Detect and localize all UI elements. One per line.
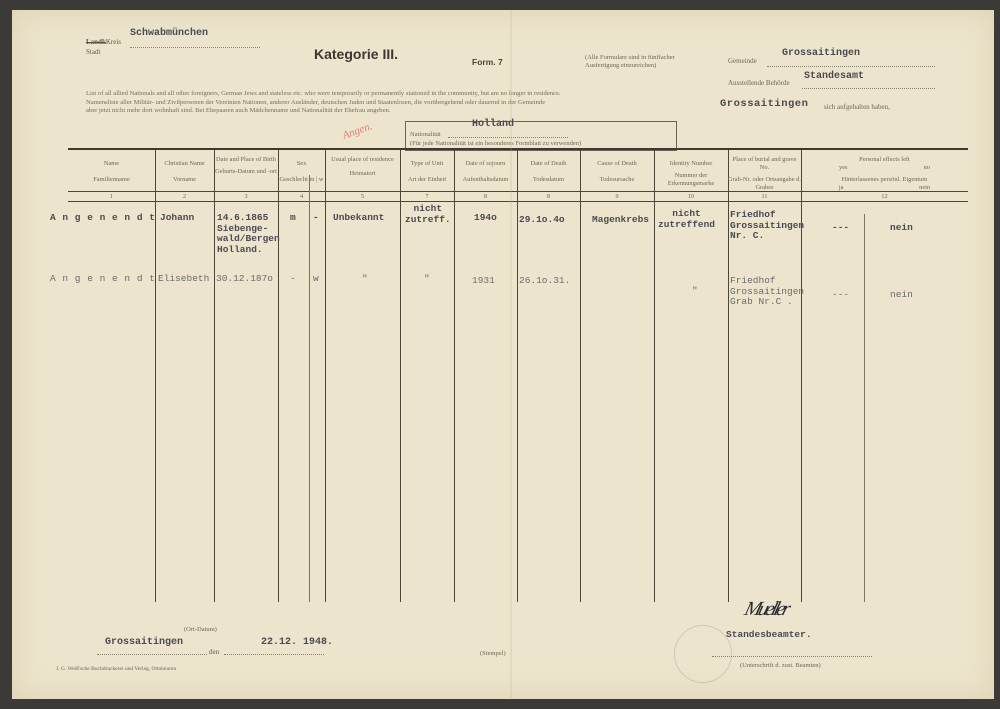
col-header: Cause of DeathTodesursache bbox=[580, 160, 654, 184]
col-number: 8 bbox=[517, 193, 580, 200]
col-divider-sex bbox=[309, 175, 310, 602]
nationality-box: Holland Nationalität (Für jede Nationali… bbox=[405, 121, 677, 151]
col-number: 4 bbox=[278, 193, 325, 200]
col-divider bbox=[654, 150, 655, 602]
signature: Mueller bbox=[742, 598, 790, 621]
behoerde-value: Standesamt bbox=[804, 71, 864, 82]
cell-first-name: Johann bbox=[160, 213, 194, 224]
nationality-value: Holland bbox=[472, 119, 514, 130]
col-number: 8 bbox=[454, 193, 517, 200]
stempel-label: (Stempel) bbox=[480, 650, 506, 657]
cell-effects-yes: --- bbox=[832, 290, 849, 301]
intro-text: List of all allied Nationals and all oth… bbox=[86, 90, 706, 116]
cell-burial: Friedhof Grossaitingen Nr. C. bbox=[730, 210, 804, 242]
signature-line bbox=[712, 656, 872, 657]
col-header: Christian NameVorname bbox=[155, 160, 214, 184]
col-header: Type of UnitArt der Einheit bbox=[400, 160, 454, 184]
col-header: Identity NumberNummer der Erkennungsmark… bbox=[654, 160, 728, 188]
col-number: 9 bbox=[580, 193, 654, 200]
publisher-imprint: J. G. Weiß'sche Buchdruckerei und Verlag… bbox=[56, 666, 176, 672]
den-label: den bbox=[209, 648, 219, 656]
col-header: Usual place of residenceHeimatort bbox=[325, 156, 400, 178]
table-top-border bbox=[68, 148, 968, 150]
col-divider-effects bbox=[864, 214, 865, 602]
cell-sojourn: 194o bbox=[474, 213, 497, 224]
cell-unit-type: nicht zutreff. bbox=[405, 204, 451, 225]
col-divider bbox=[214, 150, 215, 602]
cell-birth: 14.6.1865 Siebenge- wald/Bergen Holland. bbox=[217, 213, 280, 255]
col-divider bbox=[580, 150, 581, 602]
form-note: (Alle Formulare sind in fünffacher Ausfe… bbox=[585, 54, 685, 69]
cell-sex-m: m bbox=[290, 213, 296, 224]
gemeinde-line bbox=[767, 66, 935, 67]
form-number: Form. 7 bbox=[472, 57, 503, 67]
col-number: 5 bbox=[325, 193, 400, 200]
cell-birth: 30.12.187o bbox=[216, 274, 273, 285]
col-divider bbox=[728, 150, 729, 602]
cell-sojourn: 1931 bbox=[472, 276, 495, 287]
col-divider bbox=[325, 150, 326, 602]
col-number: 2 bbox=[155, 193, 214, 200]
cell-sex-w: w bbox=[313, 274, 319, 285]
col-header-effects: Personal effects left yesno Hinterlassen… bbox=[801, 156, 968, 192]
col-header: Date of DeathTodesdatum bbox=[517, 160, 580, 184]
gemeinde-label: Gemeinde bbox=[728, 57, 757, 65]
col-number: 3 bbox=[214, 193, 278, 200]
place-value: Grossaitingen bbox=[105, 637, 183, 648]
place-date-label: (Ort-Datum) bbox=[184, 626, 217, 633]
col-header: SexGeschlecht m | w bbox=[278, 160, 325, 184]
col-number: 11 bbox=[728, 193, 801, 200]
cell-first-name: Elisebeth bbox=[158, 274, 209, 285]
intro-place: Grossaitingen bbox=[720, 98, 808, 110]
col-divider bbox=[454, 150, 455, 602]
intro-suffix: sich aufgehalten haben, bbox=[824, 103, 890, 111]
nationality-label: Nationalität bbox=[410, 131, 441, 138]
col-header: Place of burial and grave No.Grab-Nr. od… bbox=[728, 156, 801, 192]
stadt-label: Stadt bbox=[86, 48, 100, 56]
col-header: Date and Place of BirthGeburts-Datum und… bbox=[214, 156, 278, 176]
kreis-line bbox=[130, 47, 260, 48]
cell-effects-no: nein bbox=[890, 290, 913, 301]
place-line bbox=[97, 654, 207, 655]
cell-surname: A n g e n e n d t bbox=[50, 274, 155, 285]
signature-caption: (Unterschrift d. zust. Beamten) bbox=[740, 662, 821, 669]
gemeinde-value: Grossaitingen bbox=[782, 48, 860, 59]
cell-residence: Unbekannt bbox=[333, 213, 384, 224]
date-line bbox=[224, 654, 324, 655]
col-header: Date of sojournAufenthaltsdatum bbox=[454, 160, 517, 184]
nationality-line bbox=[448, 137, 568, 138]
nationality-note: (Für jede Nationalität ist ein besondere… bbox=[410, 140, 581, 147]
col-divider bbox=[517, 150, 518, 602]
cell-sex-m: - bbox=[290, 274, 296, 285]
cell-cause: Magenkrebs bbox=[592, 215, 649, 226]
col-number: 7 bbox=[400, 193, 454, 200]
cell-identity: nicht zutreffend bbox=[658, 209, 715, 230]
date-value: 22.12. 1948. bbox=[261, 637, 333, 648]
behoerde-line bbox=[802, 88, 935, 89]
cell-effects-no: nein bbox=[890, 223, 913, 234]
cell-effects-yes: --- bbox=[832, 223, 849, 234]
cell-sex-w: - bbox=[313, 213, 319, 224]
cell-identity: " bbox=[692, 286, 698, 297]
cell-burial: Friedhof Grossaitingen Grab Nr.C . bbox=[730, 276, 804, 308]
col-number: 1 bbox=[68, 193, 155, 200]
col-header: NameFamilienname bbox=[68, 160, 155, 184]
document-page: Schwabmünchen LandkKreis Stadt Kategorie… bbox=[12, 10, 994, 699]
kreis-value: Schwabmünchen bbox=[130, 28, 208, 39]
col-number: 10 bbox=[654, 193, 728, 200]
col-number: 12 bbox=[801, 193, 968, 200]
cell-unit-type: " bbox=[424, 274, 430, 285]
red-handwritten-mark: Angen. bbox=[341, 120, 374, 142]
page-title: Kategorie III. bbox=[314, 46, 398, 62]
col-divider bbox=[400, 150, 401, 602]
official-seal bbox=[674, 625, 732, 683]
signer-title: Standesbeamter. bbox=[726, 629, 812, 640]
cell-death-date: 29.1o.4o bbox=[519, 215, 565, 226]
behoerde-label: Ausstellende Behörde bbox=[728, 79, 790, 87]
cell-surname: A n g e n e n d t bbox=[50, 213, 155, 224]
table-header-bottom bbox=[68, 201, 968, 202]
kreis-label: LandkKreis bbox=[86, 38, 121, 46]
cell-residence: " bbox=[362, 274, 368, 285]
cell-death-date: 26.1o.31. bbox=[519, 276, 570, 287]
